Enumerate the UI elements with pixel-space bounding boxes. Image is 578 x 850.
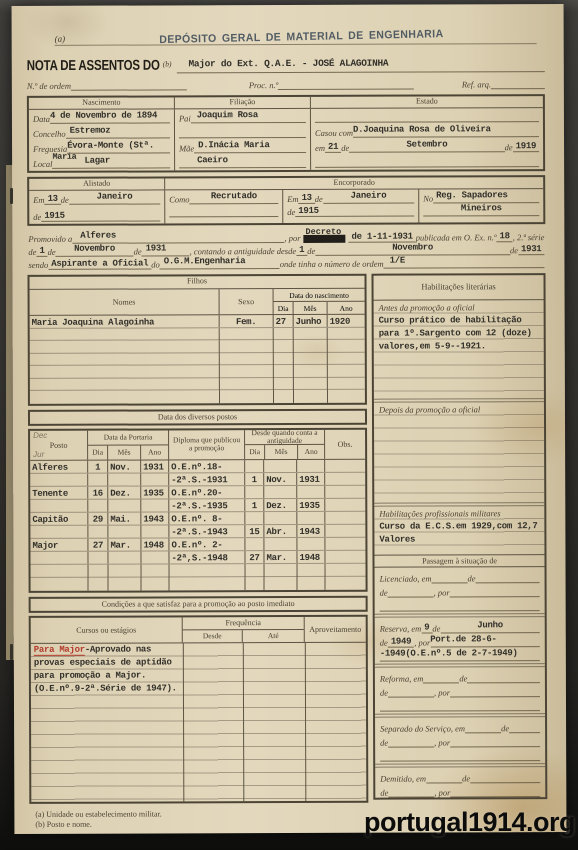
reforma-label: Reforma, em bbox=[380, 674, 423, 684]
de-label: de bbox=[462, 773, 470, 783]
ref-label: Ref. arq. bbox=[462, 79, 491, 89]
antiguidade-dma: Dia Mês Ano bbox=[245, 444, 324, 458]
port-day: 1 bbox=[95, 462, 100, 472]
fill-line: Novembro bbox=[56, 238, 134, 257]
nascimento-column: Nascimento Data4 de Novembro de 1894 Con… bbox=[29, 97, 175, 171]
de-label: de bbox=[380, 738, 388, 748]
estado-column: Estado Casou comD.Joaquina Rosa de Olive… bbox=[311, 96, 543, 170]
port-day: 16 bbox=[93, 488, 103, 498]
title-line: NOTA DE ASSENTOS DO (b) Major do Ext. Q.… bbox=[27, 52, 545, 74]
port-day-cell: 1 bbox=[88, 460, 108, 472]
child-name: Maria Joaquina Alagoinha bbox=[32, 317, 154, 327]
diploma-cell: -2ª.S.-1935 bbox=[169, 499, 245, 511]
main-area: Filhos Nomes Sexo Data do nascimento Dia… bbox=[27, 273, 547, 803]
fill-line: MariaLagar bbox=[52, 149, 170, 168]
rank-cell: Capitão bbox=[30, 512, 88, 524]
diploma-cell: O.E.nº. 8- bbox=[169, 512, 245, 524]
port-day-cell: 27 bbox=[88, 538, 108, 550]
port-day-cell: 16 bbox=[88, 486, 108, 498]
col-data-nascimento: Data do nascimento bbox=[274, 289, 365, 302]
previous-status: Aspirante a Oficial bbox=[48, 258, 151, 269]
pencil-annotation-1: Dec bbox=[33, 430, 47, 439]
ref-group: Ref. arq. bbox=[462, 79, 545, 89]
ant-year-cell: 1948 bbox=[297, 550, 325, 562]
em-label: Em bbox=[287, 194, 298, 204]
fill-line bbox=[465, 732, 501, 733]
conditions-band-title: Condições a que satisfaz para a promoção… bbox=[29, 595, 368, 612]
encorporado-column: Encorporado ComoRecrutado Em13deJaneiro … bbox=[165, 177, 543, 223]
incorp-date-row: Em13deJaneiro bbox=[287, 191, 414, 204]
diploma-cell: -2ª,S.-1948 bbox=[169, 551, 245, 563]
courses-body: Para Major-Aprovado nas provas especiais… bbox=[31, 642, 367, 801]
fill-line bbox=[388, 797, 434, 798]
sit-line bbox=[380, 747, 540, 762]
courses-header: Cursos ou estágios Frequência Desde Até … bbox=[31, 616, 366, 643]
em-cell: Em13deJaneiro de1915 bbox=[283, 190, 419, 223]
obs-cell bbox=[325, 537, 365, 549]
ordem-text-label: onde tinha o número de ordem bbox=[280, 259, 384, 269]
obs-cell bbox=[325, 498, 365, 510]
col-sexo: Sexo bbox=[220, 289, 274, 314]
data-label: Data bbox=[33, 114, 50, 124]
por-label: , por bbox=[284, 233, 300, 243]
fill-line bbox=[388, 597, 434, 598]
ant-day-cell: 27 bbox=[245, 551, 264, 563]
port-year: 1948 bbox=[143, 540, 163, 550]
port-month-cell: Dez. bbox=[108, 486, 141, 498]
incorp-day: 13 bbox=[299, 193, 315, 204]
child-day-cell: 27 bbox=[274, 315, 294, 327]
children-table: Filhos Nomes Sexo Data do nascimento Dia… bbox=[27, 274, 366, 406]
port-year-cell: 1948 bbox=[141, 538, 169, 550]
de-label: de bbox=[505, 142, 513, 152]
pencil-annotation-2: Jur bbox=[33, 449, 44, 458]
incorp-year: 1915 bbox=[295, 206, 321, 217]
divider bbox=[243, 643, 245, 801]
child-year: 1920 bbox=[330, 316, 350, 326]
diploma-line2: -2ª.S.-1935 bbox=[171, 501, 227, 511]
ant-month-cell: Dez. bbox=[264, 498, 297, 510]
marriage-date-row: em21deSetembrode1919 bbox=[315, 139, 539, 153]
col-birthdate-group: Data do nascimento Dia Mês Ano bbox=[274, 289, 365, 314]
rank-row-line2: -2ª.S.-1935 1 Dez. 1935 bbox=[30, 498, 365, 512]
de-label: de bbox=[380, 688, 388, 698]
port-month-cell: Mar. bbox=[108, 538, 141, 550]
fill-line bbox=[423, 682, 459, 683]
de-label: de bbox=[380, 788, 388, 798]
children-empty-row bbox=[30, 390, 365, 404]
ant-month-cell bbox=[264, 511, 297, 523]
fill-line: -1949(O.E.nº.5 de 2-7-1949) bbox=[380, 642, 540, 662]
rank-name: Alferes bbox=[32, 462, 68, 472]
por-label: , por bbox=[434, 688, 450, 698]
ant-day-cell: 15 bbox=[245, 525, 264, 537]
fill-line: O.G.M.Engenharia bbox=[160, 250, 280, 269]
fill-line: Janeiro bbox=[323, 185, 414, 204]
profissionais-text: Curso da E.C.S.em 1929,com 12,7 Valores bbox=[379, 520, 539, 547]
pai-label: Pai bbox=[179, 113, 191, 123]
ant-year: 1935 bbox=[299, 500, 319, 510]
portaria-dma: Dia Mês Ano bbox=[88, 445, 168, 459]
port-month-cell bbox=[108, 525, 141, 537]
child-day: 27 bbox=[276, 317, 286, 327]
ant-year-cell bbox=[297, 537, 325, 549]
fill-line bbox=[380, 710, 540, 712]
footnote-marker-b: (b) bbox=[163, 59, 172, 68]
port-month-cell bbox=[108, 473, 141, 485]
reserva-decree-line2: -1949(O.E.nº.5 de 2-7-1949) bbox=[380, 648, 518, 658]
child-sex: Fem. bbox=[236, 317, 256, 327]
ordem-label: N.º de ordem bbox=[27, 81, 71, 91]
children-header: Nomes Sexo Data do nascimento Dia Mês An… bbox=[30, 289, 365, 316]
estado-body: Casou comD.Joaquina Rosa de Oliveira em2… bbox=[311, 108, 543, 170]
concelho-label: Concelho bbox=[33, 129, 66, 139]
como-cell: ComoRecrutado bbox=[165, 190, 283, 223]
fill-line: Joaquim Rosa bbox=[191, 104, 306, 123]
port-year-cell bbox=[141, 551, 169, 563]
diploma-line2: -2ª,S.-1948 bbox=[171, 553, 227, 563]
fill-line bbox=[278, 89, 414, 90]
rank-cell bbox=[30, 499, 88, 511]
sit-line: de, por bbox=[380, 683, 540, 698]
fill-line bbox=[450, 796, 540, 797]
profissionais-section: Habilitações profissionais militares Cur… bbox=[374, 506, 544, 555]
diploma-line1: O.E.nº.18- bbox=[171, 462, 222, 472]
child-month: Junho bbox=[296, 316, 322, 326]
fill-line bbox=[432, 582, 468, 583]
form-title: NOTA DE ASSENTOS DO bbox=[27, 58, 160, 73]
obs-cell bbox=[325, 472, 365, 484]
antes-section: Antes da promoção a oficial Curso prátic… bbox=[374, 300, 544, 397]
col-aproveitamento: Aproveitamento bbox=[305, 616, 366, 641]
frequencia-sub: Desde Até bbox=[183, 629, 304, 641]
fill-line bbox=[509, 732, 540, 733]
course-entry: Para Major-Aprovado nas provas especiais… bbox=[34, 643, 180, 696]
col-portaria-group: Data da Portaria Dia Mês Ano bbox=[88, 430, 169, 459]
diploma-cell: O.E.nº.20- bbox=[169, 486, 245, 498]
ant-month-cell bbox=[264, 459, 297, 471]
rank-empty-row bbox=[31, 576, 366, 590]
enlist-month: Janeiro bbox=[97, 192, 133, 202]
separado-label: Separado do Serviço, em bbox=[380, 723, 465, 733]
port-year: 1931 bbox=[143, 462, 163, 472]
port-day-cell bbox=[88, 551, 108, 563]
fill-line bbox=[426, 782, 462, 783]
no-cell: NoReg. Sapadores Mineiros bbox=[419, 189, 543, 222]
rank-cell: Major bbox=[30, 538, 88, 550]
pai-row: PaiJoaquim Rosa bbox=[179, 110, 306, 123]
blank-row bbox=[169, 204, 278, 217]
document-paper: (a) DEPÓSITO GERAL DE MATERIAL DE ENGENH… bbox=[12, 4, 567, 834]
officer-name: Major do Ext. Q.A.E. - JOSÉ ALAGOINHA bbox=[188, 58, 388, 70]
unit-row-2: Mineiros bbox=[423, 203, 539, 216]
licenciado-block: Licenciado, emde de, por bbox=[375, 567, 545, 612]
alistado-year-row: de1915 bbox=[33, 208, 160, 221]
local-label: Local bbox=[33, 159, 52, 169]
pai-value: Joaquim Rosa bbox=[191, 110, 258, 120]
col-dia: Dia bbox=[245, 445, 265, 459]
watermark: portugal1914.org bbox=[364, 807, 575, 838]
fill-line bbox=[388, 747, 434, 748]
right-column: Habilitações literárias Antes da promoçã… bbox=[371, 273, 547, 800]
de-label: de bbox=[341, 143, 349, 153]
mae-continuation: Caeiro bbox=[179, 155, 228, 165]
demitido-block: Demitido, emde de, por bbox=[375, 767, 545, 798]
estado-header: Estado bbox=[311, 96, 543, 109]
como-label: Como bbox=[169, 194, 189, 204]
filiacao-column: Filiação PaiJoaquim Rosa MãeD.Inácia Mar… bbox=[175, 97, 311, 170]
ant-month: Nov. bbox=[266, 475, 286, 485]
decreto-overtype: Decreto bbox=[306, 227, 342, 237]
course-entry-highlight: Para Major bbox=[34, 644, 85, 655]
ant-year-cell bbox=[297, 459, 325, 471]
fill-line: Setembro bbox=[349, 133, 504, 153]
ant-day-cell bbox=[245, 512, 264, 524]
alistado-date-row: Em13deJaneiro bbox=[33, 191, 160, 204]
incorp-year-row: de1915 bbox=[287, 204, 414, 217]
mae-cont-row: Caeiro bbox=[179, 155, 306, 168]
fill-line bbox=[315, 166, 539, 168]
col-frequencia: Frequência bbox=[183, 616, 304, 629]
ant-day-cell bbox=[245, 538, 264, 550]
marriage-month: Setembro bbox=[406, 139, 447, 149]
de-label: de bbox=[307, 246, 315, 256]
port-day-cell: 29 bbox=[88, 512, 108, 524]
port-month-cell bbox=[108, 499, 141, 511]
col-mes: Mês bbox=[294, 302, 328, 314]
ant-month-cell bbox=[264, 485, 297, 497]
por-label: , por bbox=[434, 787, 450, 797]
port-year-cell bbox=[141, 525, 169, 537]
divider bbox=[305, 642, 307, 800]
status-band-title: Passagem à situação de bbox=[374, 554, 544, 567]
diploma-cell: O.E.nº. 2- bbox=[169, 538, 245, 550]
scanned-military-record-photo: { "colors":{"stamp_ink":"#4b5660","red_i… bbox=[0, 0, 578, 850]
separado-block: Separado do Serviço, emde de, por bbox=[375, 717, 545, 762]
proc-label: Proc. n.º bbox=[249, 80, 279, 90]
depois-section: Depois da promoção a oficial bbox=[374, 402, 544, 501]
freguesia-continuation: Maria bbox=[52, 152, 76, 162]
reference-line: N.º de ordem Proc. n.º Ref. arq. bbox=[27, 79, 545, 91]
ant-year: 1943 bbox=[299, 526, 319, 536]
fill-line bbox=[491, 88, 545, 89]
port-month: Nov. bbox=[110, 462, 130, 472]
col-mes: Mês bbox=[265, 444, 298, 458]
port-month: Mar. bbox=[110, 540, 130, 550]
col-ano: Ano bbox=[328, 302, 365, 314]
filiacao-body: PaiJoaquim Rosa MãeD.Inácia Maria Caeiro bbox=[175, 109, 310, 170]
ordem-group: N.º de ordem bbox=[27, 80, 187, 91]
ranks-band-title: Data dos diversos postos bbox=[28, 408, 367, 425]
diploma-cell: -2ª.S.-1931 bbox=[169, 473, 245, 485]
child-month-cell: Junho bbox=[294, 315, 328, 327]
sit-line: -1949(O.E.nº.5 de 2-7-1949) bbox=[380, 647, 540, 662]
port-year-cell: 1931 bbox=[141, 460, 169, 472]
ant-day-cell bbox=[245, 486, 264, 498]
fill-line bbox=[169, 216, 278, 217]
rank-row-line2: -2ª,S.-1948 27 Mar. 1948 bbox=[30, 550, 365, 564]
por-label: , por bbox=[434, 588, 450, 598]
de-label: de bbox=[501, 723, 509, 733]
child-name-cell: Maria Joaquina Alagoinha bbox=[30, 315, 220, 327]
fill-line: 1/E bbox=[384, 249, 545, 269]
diploma-line1: O.E.nº. 2- bbox=[171, 540, 222, 550]
ranks-table: Posto Dec Jur Data da Portaria Dia Mês A… bbox=[28, 427, 368, 592]
stamp-line: (a) DEPÓSITO GERAL DE MATERIAL DE ENGENH… bbox=[55, 30, 537, 46]
de-label: de bbox=[315, 194, 323, 204]
port-month-cell bbox=[108, 551, 141, 563]
fill-line bbox=[388, 697, 434, 698]
col-cursos: Cursos ou estágios bbox=[31, 617, 183, 643]
ant-day-cell bbox=[245, 460, 264, 472]
sit-line bbox=[380, 697, 540, 712]
reserva-block: Reserva, em9deJunho de1949, porPort.de 2… bbox=[375, 617, 545, 662]
demitido-label: Demitido, em bbox=[380, 774, 426, 784]
ranks-header: Posto Dec Jur Data da Portaria Dia Mês A… bbox=[30, 429, 365, 460]
sit-line: Reforma, emde bbox=[380, 669, 540, 684]
col-antiguidade: Desde quando conta a antiguidade bbox=[245, 429, 324, 444]
port-day-cell bbox=[88, 473, 108, 485]
port-day: 27 bbox=[93, 540, 103, 550]
obs-cell bbox=[325, 485, 365, 497]
sendo-label: sendo bbox=[28, 260, 48, 270]
ant-month-cell: Abr. bbox=[264, 524, 297, 536]
courses-table: Cursos ou estágios Frequência Desde Até … bbox=[29, 614, 369, 803]
col-frequencia-group: Frequência Desde Até bbox=[183, 616, 305, 641]
sit-line: Separado do Serviço, emde bbox=[380, 719, 540, 734]
rank-cell bbox=[30, 525, 88, 537]
nascimento-body: Data4 de Novembro de 1894 ConcelhoEstrem… bbox=[29, 109, 174, 171]
ordem-value: 1/E bbox=[384, 256, 405, 266]
rank-name: Major bbox=[32, 540, 58, 550]
port-year: 1935 bbox=[143, 488, 163, 498]
ant-year-cell: 1935 bbox=[297, 498, 325, 510]
ant-day: 27 bbox=[249, 553, 259, 563]
depois-label: Depois da promoção a oficial bbox=[379, 403, 539, 417]
sit-line: de, por bbox=[380, 733, 540, 748]
qualifications-box: Habilitações literárias Antes da promoçã… bbox=[371, 273, 547, 800]
diploma-line1: O.E.nº.20- bbox=[171, 488, 222, 498]
fill-line: Janeiro bbox=[69, 185, 160, 204]
children-empty-row bbox=[30, 327, 365, 341]
incorp-month: Janeiro bbox=[351, 191, 387, 201]
de-label: de bbox=[48, 247, 56, 257]
rank-row-line1: Capitão 29 Mai. 1943 O.E.nº. 8- bbox=[30, 511, 365, 525]
de-label: de bbox=[33, 212, 41, 222]
col-diploma: Diploma que publicou a promoção bbox=[169, 430, 245, 459]
port-day-cell bbox=[88, 525, 108, 537]
footnote-marker-a: (a) bbox=[55, 34, 66, 44]
obs-cell bbox=[325, 459, 365, 471]
antes-label: Antes da promoção a oficial bbox=[379, 301, 539, 315]
rank-cell: Alferes bbox=[30, 460, 88, 472]
children-title: Filhos bbox=[30, 276, 365, 290]
de-label: de bbox=[459, 673, 467, 683]
port-day-cell bbox=[88, 499, 108, 511]
promo-day: 1 bbox=[36, 246, 47, 257]
child-sex-cell: Fem. bbox=[220, 315, 274, 327]
children-empty-row bbox=[30, 340, 365, 354]
rank-cell: Tenente bbox=[30, 486, 88, 498]
alistado-body: Em13deJaneiro de1915 bbox=[29, 190, 164, 223]
ant-year-cell bbox=[297, 485, 325, 497]
promo-month: Novembro bbox=[74, 244, 115, 254]
rank-cell bbox=[30, 473, 88, 485]
ant-month-cell: Mar. bbox=[264, 550, 297, 562]
de-label: de bbox=[380, 588, 388, 598]
fill-line: Mineiros bbox=[423, 197, 539, 216]
de-label: de bbox=[28, 247, 36, 257]
binding-staple bbox=[10, 188, 13, 204]
port-month: Mai. bbox=[110, 514, 130, 524]
enlist-day: 13 bbox=[45, 194, 61, 205]
alistado-column: Alistado Em13deJaneiro de1915 bbox=[29, 178, 165, 223]
children-empty-row bbox=[30, 377, 365, 391]
port-month: Dez. bbox=[110, 488, 130, 498]
fill-line bbox=[71, 89, 187, 90]
como-row: ComoRecrutado bbox=[169, 191, 278, 204]
ant-month: Dez. bbox=[266, 501, 286, 511]
col-obs: Obs. bbox=[325, 429, 365, 458]
col-posto-label: Posto bbox=[50, 440, 68, 449]
como-value: Recrutado bbox=[211, 191, 257, 201]
sit-line: de, por bbox=[380, 583, 540, 598]
port-year-cell: 1935 bbox=[141, 486, 169, 498]
promo-line-3: sendo Aspirante a Oficial do O.G.M.Engen… bbox=[28, 255, 544, 270]
col-dia: Dia bbox=[274, 302, 294, 314]
marriage-day: 21 bbox=[325, 142, 341, 153]
port-year: 1943 bbox=[143, 514, 163, 524]
left-column: Filhos Nomes Sexo Data do nascimento Dia… bbox=[27, 274, 368, 804]
col-desde: Desde bbox=[183, 630, 243, 642]
qualifications-title: Habilitações literárias bbox=[374, 275, 544, 300]
fill-line: Recrutado bbox=[189, 185, 278, 204]
seniority-day: 1 bbox=[296, 245, 307, 256]
port-month-cell: Nov. bbox=[108, 460, 141, 472]
col-posto: Posto Dec Jur bbox=[30, 430, 88, 459]
ant-year: 1948 bbox=[299, 552, 319, 562]
diploma-cell: O.E.nº.18- bbox=[169, 460, 245, 472]
obs-cell bbox=[325, 511, 365, 523]
port-year-cell bbox=[141, 473, 169, 485]
ant-month-cell bbox=[264, 537, 297, 549]
proc-group: Proc. n.º bbox=[249, 80, 414, 91]
port-year-cell: 1943 bbox=[141, 512, 169, 524]
redacted-word: Decreto bbox=[304, 235, 346, 243]
children-empty-row bbox=[30, 365, 365, 379]
ant-day-cell: 1 bbox=[245, 473, 264, 485]
de-label: de bbox=[134, 247, 142, 257]
ant-month: Mar. bbox=[266, 553, 286, 563]
rank-row-line1: Tenente 16 Dez. 1935 O.E.nº.20- bbox=[30, 485, 365, 499]
ant-year: 1931 bbox=[299, 474, 319, 484]
birth-filiation-status-box: Nascimento Data4 de Novembro de 1894 Con… bbox=[27, 94, 545, 173]
rank-row-line2: -2ª.S.-1931 1 Nov. 1931 bbox=[30, 472, 365, 486]
ant-year-cell: 1931 bbox=[297, 472, 325, 484]
diploma-cell: -2ª.S.-1943 bbox=[169, 525, 245, 537]
em-label: em bbox=[315, 143, 325, 153]
port-day: 29 bbox=[93, 514, 103, 524]
rank-name: Tenente bbox=[32, 488, 68, 498]
fill-line bbox=[380, 610, 540, 612]
casou-label: Casou com bbox=[315, 128, 353, 138]
enlist-year: 1915 bbox=[41, 211, 67, 222]
col-antiguidade-group: Desde quando conta a antiguidade Dia Mês… bbox=[245, 429, 325, 458]
obs-cell bbox=[325, 550, 365, 562]
unit-name-line2: Mineiros bbox=[461, 203, 502, 213]
sit-line: Licenciado, emde bbox=[380, 569, 540, 584]
local-value: Lagar bbox=[76, 156, 110, 166]
